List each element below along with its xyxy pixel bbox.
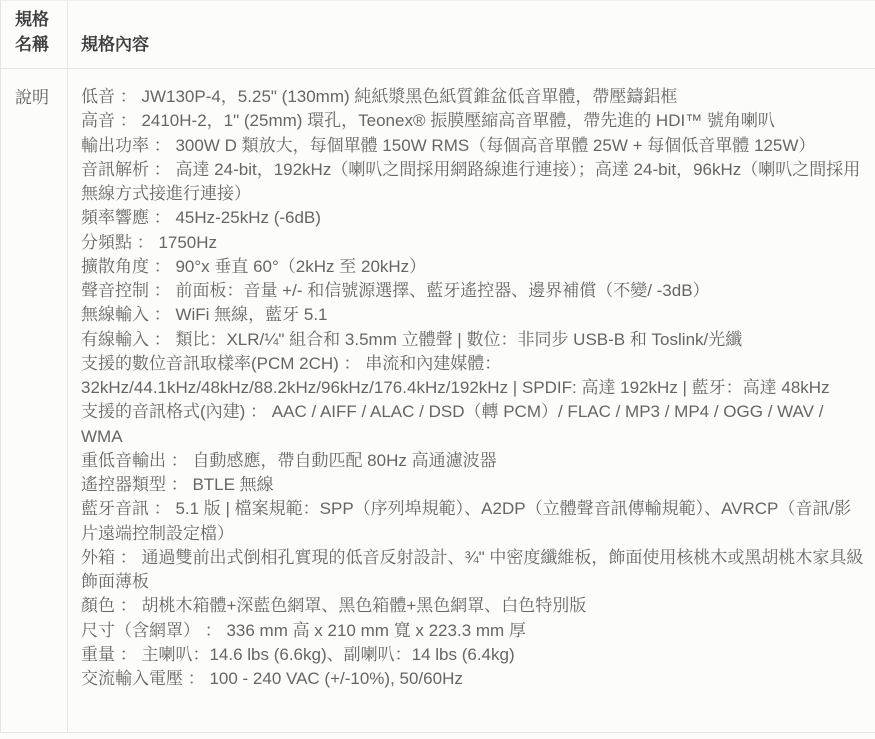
column-header-spec-name: 規格名稱 <box>1 1 68 69</box>
spec-line: 高音 ： 2410H-2，1" (25mm) 環孔，Teonex® 振膜壓縮高音… <box>81 109 864 133</box>
spec-content-cell: 低音 ： JW130P-4，5.25" (130mm) 純紙漿黑色紙質錐盆低音單… <box>68 69 875 732</box>
spec-line: 顏色 ： 胡桃木箱體+深藍色網罩、黑色箱體+黑色網罩、白色特別版 <box>81 594 864 618</box>
spec-line: 聲音控制 ： 前面板：音量 +/- 和信號源選擇、藍牙遙控器、邊界補償（不變/ … <box>81 279 864 303</box>
spec-line: 低音 ： JW130P-4，5.25" (130mm) 純紙漿黑色紙質錐盆低音單… <box>81 85 864 109</box>
column-header-spec-content: 規格內容 <box>68 1 875 69</box>
spec-line: 外箱 ： 通過雙前出式倒相孔實現的低音反射設計、¾" 中密度纖維板，飾面使用核桃… <box>81 546 864 595</box>
spec-line: 有線輸入 ： 類比：XLR/¼" 組合和 3.5mm 立體聲 | 數位：非同步 … <box>81 328 864 352</box>
spec-page: 規格名稱 規格內容 說明 低音 ： JW130P-4，5.25" (130mm)… <box>0 0 875 739</box>
spec-line: 輸出功率 ： 300W D 類放大，每個單體 150W RMS（每個高音單體 2… <box>81 134 864 158</box>
spec-line: 尺寸（含網罩） ： 336 mm 高 x 210 mm 寬 x 223.3 mm… <box>81 619 864 643</box>
spec-line: 支援的數位音訊取樣率(PCM 2CH) ： 串流和內建媒體：32kHz/44.1… <box>81 352 864 401</box>
spec-line: 分頻點 ： 1750Hz <box>81 231 864 255</box>
spec-line: 無線輸入 ： WiFi 無線，藍牙 5.1 <box>81 303 864 327</box>
spec-line: 遙控器類型 ： BTLE 無線 <box>81 473 864 497</box>
row-label-description: 說明 <box>1 69 68 732</box>
spec-line: 交流輸入電壓 ： 100 - 240 VAC (+/-10%), 50/60Hz <box>81 667 864 691</box>
spec-line: 藍牙音訊 ： 5.1 版 | 檔案規範：SPP（序列埠規範）、A2DP（立體聲音… <box>81 497 864 546</box>
spec-line: 音訊解析 ： 高達 24-bit，192kHz（喇叭之間採用網路線進行連接）；高… <box>81 158 864 207</box>
spec-line: 重量 ： 主喇叭：14.6 lbs (6.6kg)、副喇叭：14 lbs (6.… <box>81 643 864 667</box>
spec-line: 頻率響應 ： 45Hz-25kHz (-6dB) <box>81 206 864 230</box>
spec-line: 擴散角度 ： 90°x 垂直 60°（2kHz 至 20kHz） <box>81 255 864 279</box>
spec-line: 支援的音訊格式(內建) ： AAC / AIFF / ALAC / DSD（轉 … <box>81 400 864 449</box>
spec-line: 重低音輸出 ： 自動感應，帶自動匹配 80Hz 高通濾波器 <box>81 449 864 473</box>
spec-table: 規格名稱 規格內容 說明 低音 ： JW130P-4，5.25" (130mm)… <box>0 0 875 733</box>
